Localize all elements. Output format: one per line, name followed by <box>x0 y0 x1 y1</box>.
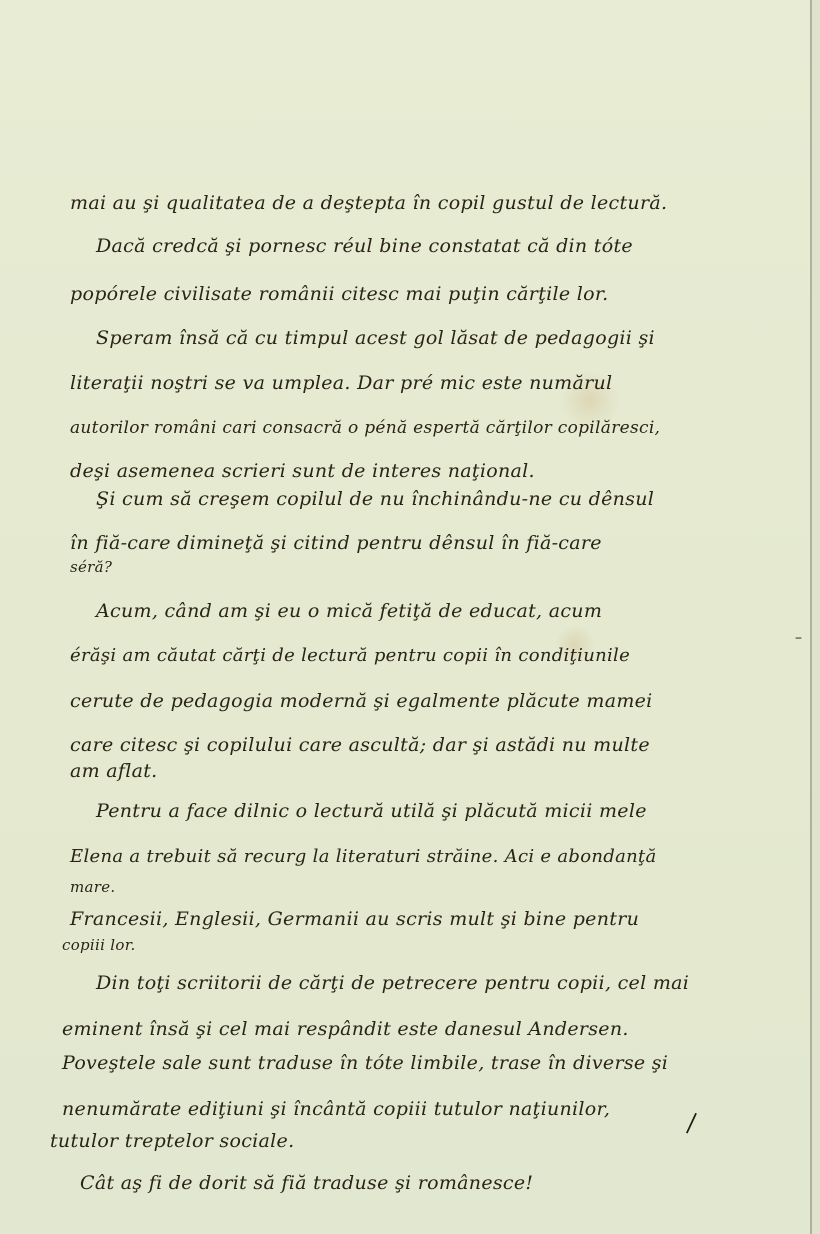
text-line: Francesii, Englesii, Germanii au scris m… <box>70 908 639 930</box>
text-line: érăşi am căutat cărţi de lectură pentru … <box>70 645 630 666</box>
text-line: Şi cum să creşem copilul de nu închinând… <box>96 488 654 510</box>
page-edge <box>812 0 820 1234</box>
text-line: Cât aş fi de dorit să fiă traduse şi rom… <box>80 1172 533 1194</box>
text-line: am aflat. <box>70 760 158 782</box>
margin-dash: – <box>795 630 802 646</box>
text-line: tutulor treptelor sociale. <box>50 1130 294 1152</box>
text-line: Pentru a face dilnic o lectură utilă şi … <box>96 800 647 822</box>
text-line: Poveştele sale sunt traduse în tóte limb… <box>62 1052 668 1074</box>
text-line: deşi asemenea scrieri sunt de interes na… <box>70 460 535 482</box>
text-line: mai au şi qualitatea de a deştepta în co… <box>70 192 667 214</box>
text-line: Acum, când am şi eu o mică fetiţă de edu… <box>96 600 602 622</box>
text-line: care citesc şi copilului care ascultă; d… <box>70 734 650 756</box>
text-line: Din toţi scriitorii de cărţi de petrecer… <box>96 972 689 994</box>
text-line: cerute de pedagogia modernă şi egalmente… <box>70 690 653 712</box>
text-line: în fiă-care dimineţă şi citind pentru dê… <box>70 532 602 554</box>
text-line: copiii lor. <box>62 936 136 954</box>
text-line: eminent însă şi cel mai respândit este d… <box>62 1018 629 1040</box>
text-line: nenumărate ediţiuni şi încântă copiii tu… <box>62 1098 610 1120</box>
text-line: Speram însă că cu timpul acest gol lăsat… <box>96 327 655 349</box>
text-line: Elena a trebuit să recurg la literaturi … <box>70 846 657 867</box>
text-line: mare. <box>70 878 115 896</box>
text-line: popórele civilisate românii citesc mai p… <box>70 283 609 305</box>
manuscript-page: mai au şi qualitatea de a deştepta în co… <box>0 0 812 1234</box>
text-line: autorilor români cari consacră o pénă es… <box>70 418 660 438</box>
exclamation-stroke: | <box>683 1110 700 1136</box>
text-line: literaţii noştri se va umplea. Dar pré m… <box>70 372 612 394</box>
text-line: Dacă credcă şi pornesc réul bine constat… <box>96 235 633 257</box>
text-line: séră? <box>70 558 112 576</box>
